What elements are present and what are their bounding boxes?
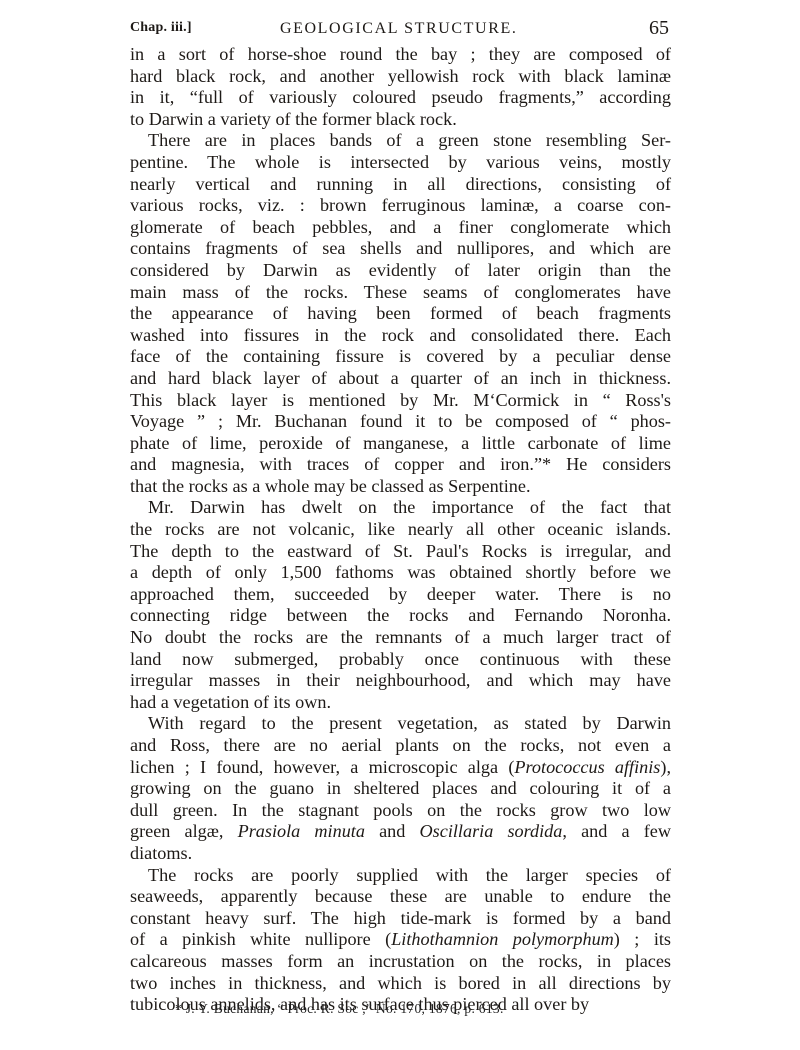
text-line: contains fragments of sea shells and nul… <box>130 238 671 260</box>
text-line: The depth to the eastward of St. Paul's … <box>130 541 671 563</box>
text-line: dull green. In the stagnant pools on the… <box>130 800 671 822</box>
running-title: GEOLOGICAL STRUCTURE. <box>280 20 517 38</box>
text-line: to Darwin a variety of the former black … <box>130 109 671 131</box>
text-line: connecting ridge between the rocks and F… <box>130 605 671 627</box>
paragraph: Mr. Darwin has dwelt on the importance o… <box>130 497 671 713</box>
page-number: 65 <box>649 17 669 40</box>
text-line: calcareous masses form an incrustation o… <box>130 951 671 973</box>
text-line: This black layer is mentioned by Mr. M‘C… <box>130 390 671 412</box>
text-line: There are in places bands of a green sto… <box>130 130 671 152</box>
text-line: irregular masses in their neighbourhood,… <box>130 670 671 692</box>
text-line: had a vegetation of its own. <box>130 692 671 714</box>
paragraph: There are in places bands of a green sto… <box>130 130 671 497</box>
text-line: approached them, succeeded by deeper wat… <box>130 584 671 606</box>
paragraph: in a sort of horse-shoe round the bay ; … <box>130 44 671 130</box>
text-line: No doubt the rocks are the remnants of a… <box>130 627 671 649</box>
text-line: and hard black layer of about a quarter … <box>130 368 671 390</box>
text-line: phate of lime, peroxide of manganese, a … <box>130 433 671 455</box>
text-line: various rocks, viz. : brown ferruginous … <box>130 195 671 217</box>
text-line: a depth of only 1,500 fathoms was obtain… <box>130 562 671 584</box>
text-line: main mass of the rocks. These seams of c… <box>130 282 671 304</box>
italic-term: Oscillaria sordida <box>420 821 563 841</box>
footnote: * J. Y. Buchanan, “ Proc. R. Soc ,” No. … <box>175 1001 504 1017</box>
italic-term: Prasiola minuta <box>238 821 365 841</box>
text-line: nearly vertical and running in all direc… <box>130 174 671 196</box>
text-line: pentine. The whole is intersected by var… <box>130 152 671 174</box>
text-line: lichen ; I found, however, a microscopic… <box>130 757 671 779</box>
text-line: seaweeds, apparently because these are u… <box>130 886 671 908</box>
text-line: the rocks are not volcanic, like nearly … <box>130 519 671 541</box>
text-line: With regard to the present vegetation, a… <box>130 713 671 735</box>
paragraph: The rocks are poorly supplied with the l… <box>130 865 671 1016</box>
text-line: hard black rock, and another yellowish r… <box>130 66 671 88</box>
text-line: Mr. Darwin has dwelt on the importance o… <box>130 497 671 519</box>
text-line: the appearance of having been formed of … <box>130 303 671 325</box>
italic-term: Protococcus affinis <box>514 757 660 777</box>
text-line: Voyage ” ; Mr. Buchanan found it to be c… <box>130 411 671 433</box>
text-line: diatoms. <box>130 843 671 865</box>
text-line: of a pinkish white nullipore (Lithothamn… <box>130 929 671 951</box>
text-line: face of the containing fissure is covere… <box>130 346 671 368</box>
paragraph: With regard to the present vegetation, a… <box>130 713 671 864</box>
text-line: considered by Darwin as evidently of lat… <box>130 260 671 282</box>
text-line: two inches in thickness, and which is bo… <box>130 973 671 995</box>
text-line: constant heavy surf. The high tide-mark … <box>130 908 671 930</box>
running-header: Chap. iii.] GEOLOGICAL STRUCTURE. 65 <box>130 14 671 44</box>
text-line: growing on the guano in sheltered places… <box>130 778 671 800</box>
text-line: in a sort of horse-shoe round the bay ; … <box>130 44 671 66</box>
body-text: in a sort of horse-shoe round the bay ; … <box>130 44 671 1016</box>
text-line: green algæ, Prasiola minuta and Oscillar… <box>130 821 671 843</box>
chapter-label: Chap. iii.] <box>130 20 192 36</box>
text-line: land now submerged, probably once contin… <box>130 649 671 671</box>
text-line: that the rocks as a whole may be classed… <box>130 476 671 498</box>
text-line: and magnesia, with traces of copper and … <box>130 454 671 476</box>
text-line: washed into fissures in the rock and con… <box>130 325 671 347</box>
text-line: glomerate of beach pebbles, and a finer … <box>130 217 671 239</box>
text-line: in it, “full of variously coloured pseud… <box>130 87 671 109</box>
italic-term: Lithothamnion polymorphum <box>391 929 614 949</box>
text-line: and Ross, there are no aerial plants on … <box>130 735 671 757</box>
book-page: Chap. iii.] GEOLOGICAL STRUCTURE. 65 in … <box>130 14 671 1016</box>
text-line: The rocks are poorly supplied with the l… <box>130 865 671 887</box>
